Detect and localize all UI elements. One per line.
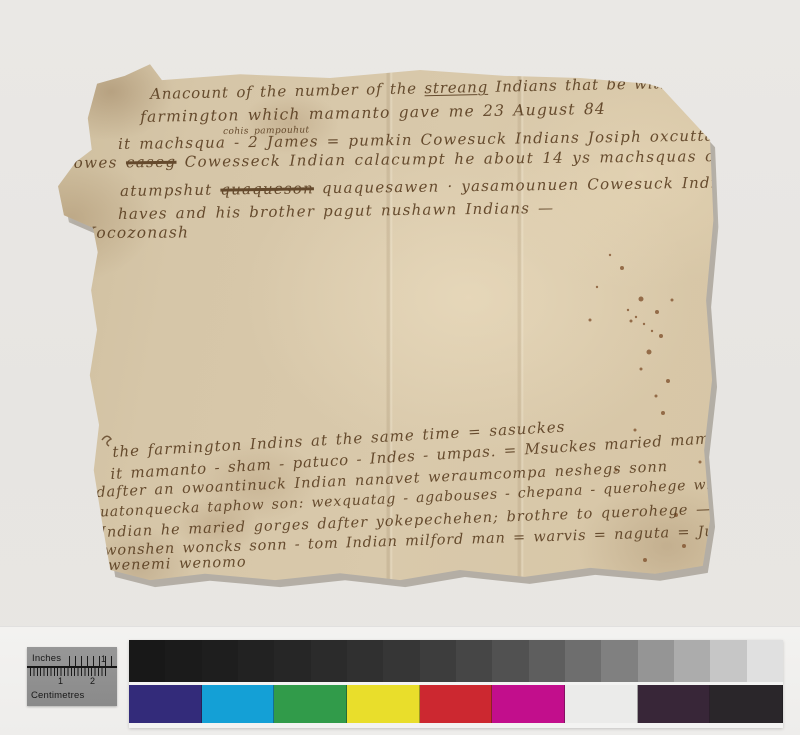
gray-step-18: [747, 640, 783, 682]
color-patch-magenta: [492, 685, 565, 723]
gray-step-9: [420, 640, 456, 682]
gray-step-4: [238, 640, 274, 682]
gray-step-7: [347, 640, 383, 682]
color-patch-black: [710, 685, 783, 723]
color-patch-yellow: [347, 685, 420, 723]
cm-number-1: 1: [58, 676, 63, 686]
inches-label: Inches: [32, 653, 61, 664]
color-patch-green: [274, 685, 347, 723]
manuscript-line: Anacount of the number of the streang In…: [150, 74, 705, 102]
centimetre-tick-marks: [30, 668, 106, 676]
gray-step-15: [638, 640, 674, 682]
color-calibration-bar: [129, 640, 783, 728]
gray-step-14: [601, 640, 637, 682]
centimetres-label: Centimetres: [31, 690, 84, 701]
gray-step-17: [710, 640, 746, 682]
color-patch-dark-purple: [638, 685, 711, 723]
inch-tick-marks: [69, 656, 115, 666]
gray-step-6: [311, 640, 347, 682]
gray-step-12: [529, 640, 565, 682]
manuscript-line: wenemi wenomo: [108, 555, 247, 575]
gray-step-8: [383, 640, 419, 682]
gray-step-2: [165, 640, 201, 682]
gray-step-1: [129, 640, 165, 682]
gray-step-13: [565, 640, 601, 682]
gray-step-11: [492, 640, 528, 682]
gray-step-5: [274, 640, 310, 682]
color-patch-cyan: [202, 685, 275, 723]
gray-step-16: [674, 640, 710, 682]
manuscript-paper: Anacount of the number of the streang In…: [58, 60, 720, 588]
color-patch-red: [420, 685, 493, 723]
scale-ruler-card: Inches 1 1 2 Centimetres: [27, 647, 117, 706]
grayscale-step-row: [129, 640, 783, 682]
gray-step-10: [456, 640, 492, 682]
manuscript-line: Kocozonash: [84, 224, 189, 242]
gray-step-3: [202, 640, 238, 682]
color-patch-dark-blue: [129, 685, 202, 723]
manuscript-line: farmington which mamanto gave me 23 Augu…: [140, 101, 606, 126]
cm-number-2: 2: [90, 676, 95, 686]
color-patch-row: [129, 685, 783, 723]
color-patch-white: [565, 685, 638, 723]
manuscript-line: atumpshut quaqueson quaquesawen · yasamo…: [120, 174, 747, 199]
photograph-backdrop: Anacount of the number of the streang In…: [0, 0, 800, 735]
inch-number-1: 1: [101, 654, 106, 664]
manuscript-line: haves and his brother pagut nushawn Indi…: [118, 200, 554, 223]
